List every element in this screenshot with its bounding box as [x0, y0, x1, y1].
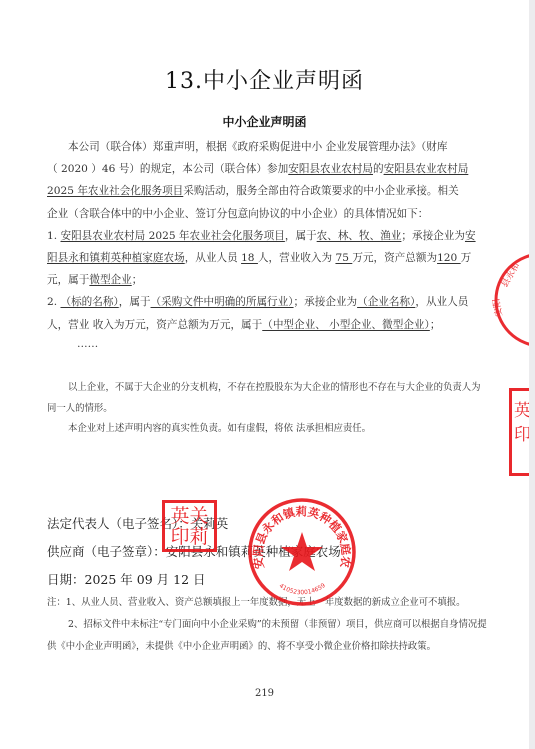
intro-line-2: （ 2020 ）46 号）的规定，本公司（联合体）参加安阳县农业农村局的安阳县农…	[47, 158, 480, 180]
item-1: 1. 安阳县农业农村局 2025 年农业社会化服务项目，属于农、林、牧、渔业；承…	[47, 225, 480, 292]
item-2: 2. （标的名称），属于（采购文件中明确的所属行业）；承接企业为（企业名称），从…	[47, 291, 480, 335]
buyer-name: 安阳县农业农村局	[288, 163, 373, 175]
buyer-name-2: 安阳县农业农村局	[384, 163, 469, 175]
partial-personal-seal: 英印	[509, 388, 529, 476]
page-number: 219	[0, 688, 529, 699]
paragraph-not-large-enterprise: 以上企业，不属于大企业的分支机构，不存在控股股东为大企业的情形也不存在与大企业的…	[47, 377, 487, 419]
paragraph-responsibility: 本企业对上述声明内容的真实性负责。如有虚假，将依 法承担相应责任。	[47, 421, 487, 437]
svg-text:4105230014659: 4105230014659	[278, 582, 327, 596]
date: 日期：2025 年 09 月 12 日	[47, 570, 206, 588]
document-page: 13.中小企业声明函 中小企业声明函 本公司（联合体）郑重声明，根据《政府采购促…	[0, 0, 529, 749]
partial-company-seal-icon: 县永和 安阳	[492, 252, 529, 352]
declaration-body: 本公司（联合体）郑重声明，根据《政府采购促进中小 企业发展管理办法》（财库 （ …	[47, 136, 480, 352]
ellipsis: ……	[47, 336, 480, 352]
intro-line-4: 企业（含联合体中的中小企业、签订分包意向协议的中小企业）的具体情况如下：	[47, 203, 480, 225]
page-title: 13.中小企业声明函	[0, 64, 529, 95]
intro-line-3: 2025 年农业社会化服务项目采购活动，服务全部由符合政策要求的中小企业承接。相…	[47, 180, 480, 202]
company-seal-icon: 安阳县永和镇莉英种植家庭农场 4105230014659	[246, 496, 358, 608]
note-2: 2、招标文件中未标注“专门面向中小企业采购”的未预留（非预留）项目，供应商可以根…	[47, 614, 487, 658]
personal-seal: 英关 印莉	[162, 500, 217, 552]
page-subtitle: 中小企业声明函	[0, 113, 529, 130]
project-name: 2025 年农业社会化服务项目	[47, 185, 183, 197]
intro-line-1: 本公司（联合体）郑重声明，根据《政府采购促进中小 企业发展管理办法》（财库	[47, 136, 480, 158]
svg-text:安阳: 安阳	[492, 298, 505, 318]
